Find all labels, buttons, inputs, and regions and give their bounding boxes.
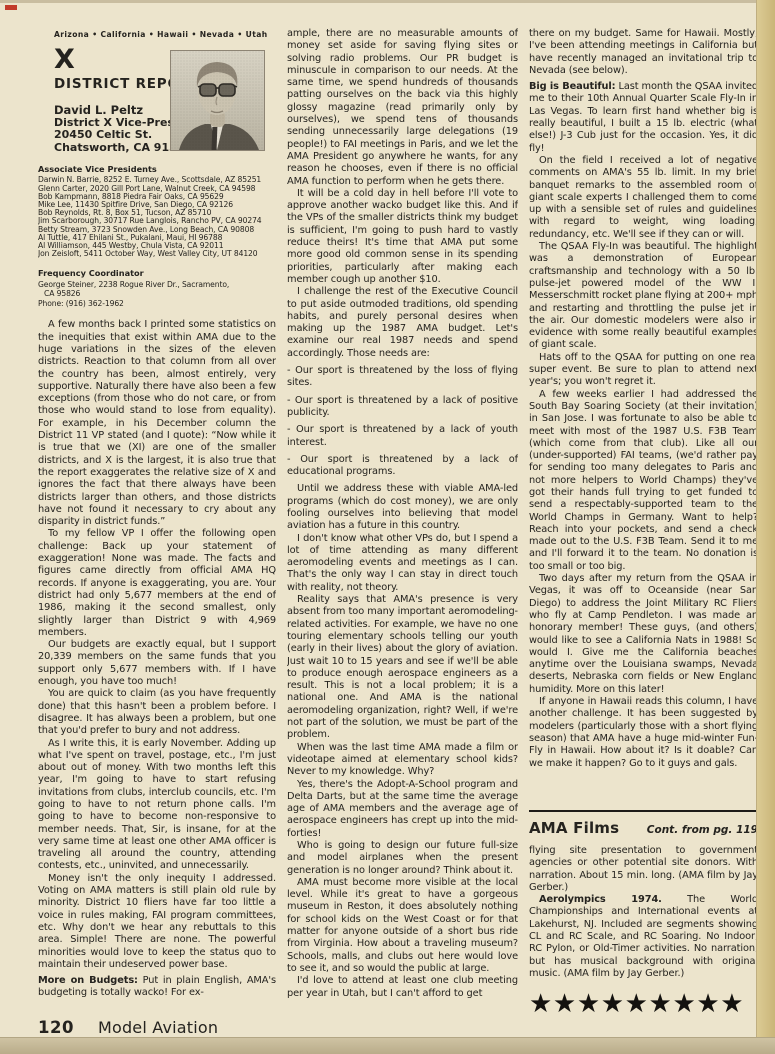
paragraph-lead: Big is Beautiful: — [529, 81, 615, 92]
body-paragraph: You are quick to claim (as you have freq… — [38, 688, 276, 737]
ama-films-title: AMA Films — [529, 819, 619, 837]
portrait-photo-drawing — [171, 51, 264, 150]
fc-address-line: CA 95826 — [38, 289, 276, 298]
body-paragraph-big-is-beautiful: Big is Beautiful: Last month the QSAA in… — [529, 81, 758, 155]
column-2: ample, there are no measurable amounts o… — [287, 28, 518, 1018]
body-paragraph: Two days after my return from the QSAA i… — [529, 573, 758, 696]
page-footer: 120 Model Aviation — [38, 1018, 218, 1037]
red-registration-mark — [5, 5, 17, 10]
body-paragraph: Who is going to design our future full-s… — [287, 840, 518, 877]
portrait-photo — [170, 50, 265, 151]
body-paragraph: Until we address these with viable AMA-l… — [287, 483, 518, 532]
body-paragraph: It will be a cold day in hell before I'l… — [287, 188, 518, 286]
column-3-text: there on my budget. Same for Hawaii. Mos… — [529, 28, 758, 808]
column-3: there on my budget. Same for Hawaii. Mos… — [529, 28, 758, 1038]
need-bullet: - Our sport is threatened by the loss of… — [287, 365, 518, 390]
body-paragraph: To my fellow VP I offer the following op… — [38, 528, 276, 639]
scan-edge-bottom — [0, 1037, 775, 1054]
ama-films-paragraph: flying site presentation to government a… — [529, 845, 758, 894]
body-paragraph: If anyone in Hawaii reads this column, I… — [529, 696, 758, 770]
paragraph-text: The World Championships and Internationa… — [529, 894, 758, 979]
body-paragraph: When was the last time AMA made a film o… — [287, 742, 518, 779]
frequency-coordinator-heading: Frequency Coordinator — [38, 268, 276, 278]
magazine-title: Model Aviation — [98, 1018, 218, 1037]
body-paragraph: The QSAA Fly-In was beautiful. The highl… — [529, 241, 758, 352]
need-bullet: - Our sport is threatened by a lack of e… — [287, 454, 518, 479]
body-paragraph: I'd love to attend at least one club mee… — [287, 975, 518, 1000]
star-divider-icons: ★★★★★★★★★ — [529, 990, 758, 1018]
scan-edge-right — [756, 0, 775, 1054]
ama-films-paragraph-aerolympics: Aerolympics 1974. The World Championship… — [529, 894, 758, 980]
magazine-page: Arizona • California • Hawaii • Nevada •… — [0, 0, 775, 1054]
body-paragraph-more-on-budgets: More on Budgets: Put in plain English, A… — [38, 975, 276, 1000]
section-rule — [529, 810, 758, 812]
district-states-line: Arizona • California • Hawaii • Nevada •… — [54, 30, 276, 39]
paragraph-lead: More on Budgets: — [38, 975, 138, 986]
column-1: Arizona • California • Hawaii • Nevada •… — [38, 28, 276, 1016]
ama-films-header: AMA Films Cont. from pg. 119 — [529, 819, 758, 837]
body-paragraph: I challenge the rest of the Executive Co… — [287, 286, 518, 360]
fc-phone: Phone: (916) 362-1962 — [38, 299, 276, 308]
scan-edge-top — [0, 0, 775, 3]
body-paragraph: Money isn't the only inequity I addresse… — [38, 873, 276, 971]
continued-from-note: Cont. from pg. 119 — [647, 824, 758, 836]
page-number: 120 — [38, 1018, 74, 1037]
body-paragraph: Hats off to the QSAA for putting on one … — [529, 352, 758, 389]
body-paragraph: ample, there are no measurable amounts o… — [287, 28, 518, 188]
avp-entry: Jon Zeisloft, 5411 October Way, West Val… — [38, 250, 276, 258]
body-paragraph: A few weeks earlier I had addressed the … — [529, 389, 758, 573]
body-paragraph: Our budgets are exactly equal, but I sup… — [38, 639, 276, 688]
body-paragraph: On the field I received a lot of negativ… — [529, 155, 758, 241]
need-bullet: - Our sport is threatened by a lack of p… — [287, 395, 518, 420]
body-paragraph: As I write this, it is early November. A… — [38, 738, 276, 873]
avp-heading: Associate Vice Presidents — [38, 164, 276, 174]
need-bullet: - Our sport is threatened by a lack of y… — [287, 424, 518, 449]
body-paragraph: AMA must become more visible at the loca… — [287, 877, 518, 975]
body-paragraph: Yes, there's the Adopt-A-School program … — [287, 779, 518, 840]
fc-address-line: George Steiner, 2238 Rogue River Dr., Sa… — [38, 280, 276, 289]
body-paragraph: A few months back I printed some statist… — [38, 319, 276, 528]
body-paragraph: there on my budget. Same for Hawaii. Mos… — [529, 28, 758, 77]
body-paragraph: I don't know what other VPs do, but I sp… — [287, 533, 518, 594]
body-paragraph: Reality says that AMA's presence is very… — [287, 594, 518, 742]
ama-films-section: AMA Films Cont. from pg. 119 flying site… — [529, 810, 758, 1018]
paragraph-lead: Aerolympics 1974. — [539, 894, 662, 905]
